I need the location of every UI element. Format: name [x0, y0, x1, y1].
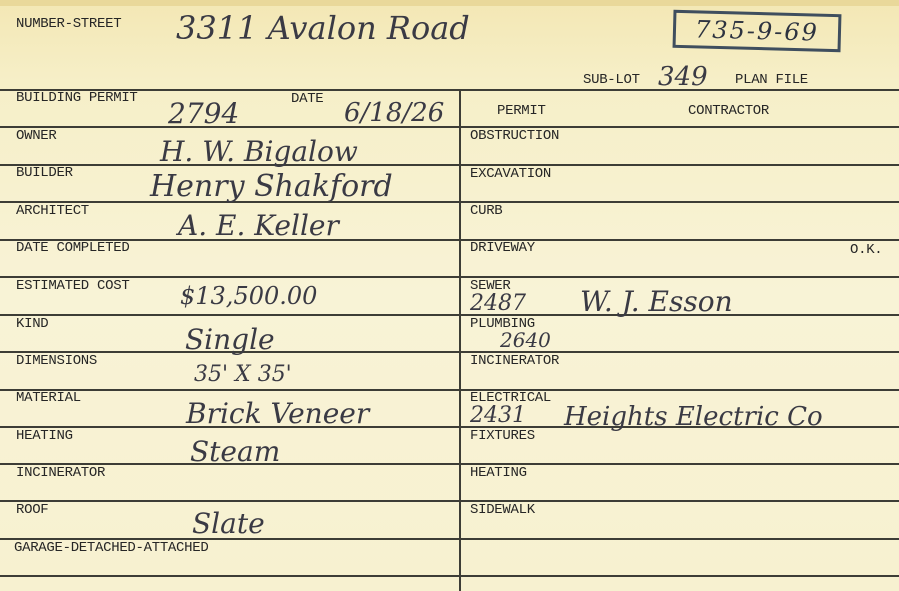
incinerator-label: INCINERATOR	[16, 465, 105, 481]
builder-value: Henry Shakford	[150, 172, 393, 202]
curb-label: CURB	[470, 203, 502, 219]
rule	[0, 276, 899, 278]
rule	[0, 126, 899, 128]
architect-label: ARCHITECT	[16, 203, 89, 219]
heating-value: Steam	[190, 438, 280, 466]
date-completed-label: DATE COMPLETED	[16, 240, 129, 256]
rule	[0, 575, 899, 577]
estimated-cost-value: $13,500.00	[180, 284, 317, 308]
plumbing-permit: 2640	[500, 330, 551, 350]
electrical-permit: 2431	[470, 405, 526, 427]
obstruction-label: OBSTRUCTION	[470, 128, 559, 144]
sidewalk-label: SIDEWALK	[470, 502, 535, 518]
stamp-value: 735-9-69	[695, 15, 820, 46]
estimated-cost-label: ESTIMATED COST	[16, 278, 129, 294]
rule	[0, 201, 899, 203]
number-street-value: 3311 Avalon Road	[176, 12, 470, 44]
dimensions-value: 35' X 35'	[194, 364, 292, 386]
building-permit-label: BUILDING PERMIT	[16, 90, 138, 106]
dimensions-label: DIMENSIONS	[16, 353, 97, 369]
rule	[0, 463, 899, 465]
date-value: 6/18/26	[344, 100, 444, 126]
sub-lot-value: 349	[658, 64, 708, 90]
kind-value: Single	[185, 326, 275, 354]
heating-label: HEATING	[16, 428, 73, 444]
garage-label: GARAGE-DETACHED-ATTACHED	[14, 540, 208, 556]
sewer-permit: 2487	[470, 293, 526, 315]
building-permit-value: 2794	[168, 100, 239, 128]
rule	[0, 500, 899, 502]
card-top-edge	[0, 0, 899, 6]
fixtures-label: FIXTURES	[470, 428, 535, 444]
permit-header: PERMIT	[497, 103, 546, 119]
rule	[0, 351, 899, 353]
permit-card: NUMBER-STREET 3311 Avalon Road 735-9-69 …	[0, 0, 899, 591]
excavation-label: EXCAVATION	[470, 166, 551, 182]
material-label: MATERIAL	[16, 390, 81, 406]
number-street-label: NUMBER-STREET	[16, 16, 121, 32]
driveway-status: O.K.	[850, 242, 882, 258]
heating-permit-label: HEATING	[470, 465, 527, 481]
roof-value: Slate	[192, 510, 265, 538]
kind-label: KIND	[16, 316, 48, 332]
date-label: DATE	[291, 91, 323, 107]
driveway-label: DRIVEWAY	[470, 240, 535, 256]
file-number-stamp: 735-9-69	[673, 10, 842, 52]
electrical-contractor: Heights Electric Co	[564, 404, 823, 430]
roof-label: ROOF	[16, 502, 48, 518]
sub-lot-label: SUB-LOT	[583, 72, 640, 88]
owner-value: H. W. Bigalow	[160, 138, 358, 166]
material-value: Brick Veneer	[186, 400, 369, 428]
owner-label: OWNER	[16, 128, 57, 144]
plan-file-label: PLAN FILE	[735, 72, 808, 88]
sewer-contractor: W. J. Esson	[580, 288, 733, 316]
builder-label: BUILDER	[16, 165, 73, 181]
incinerator-permit-label: INCINERATOR	[470, 353, 559, 369]
column-divider	[459, 89, 461, 591]
rule	[0, 314, 899, 316]
rule	[0, 239, 899, 241]
architect-value: A. E. Keller	[178, 212, 339, 240]
rule	[0, 164, 899, 166]
rule	[0, 389, 899, 391]
contractor-header: CONTRACTOR	[688, 103, 769, 119]
